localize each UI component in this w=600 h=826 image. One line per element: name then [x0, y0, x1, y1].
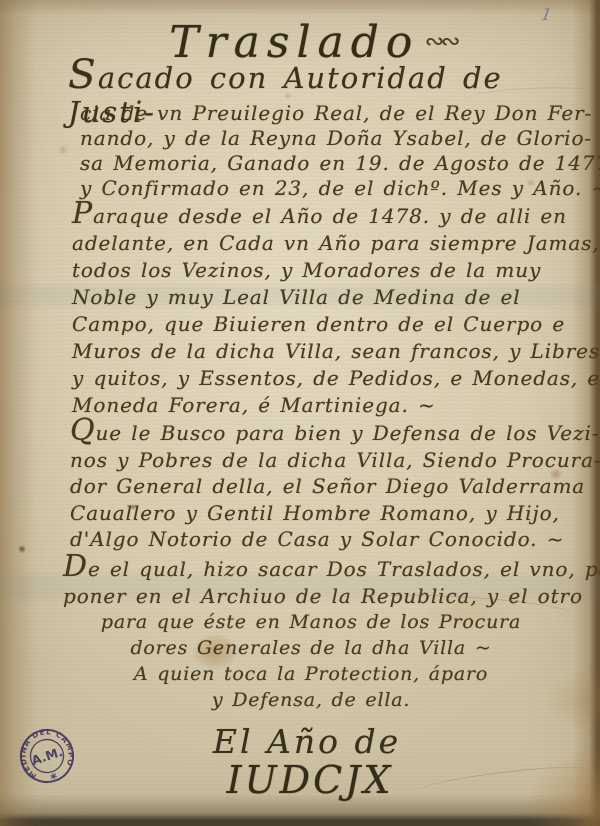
- closing-paragraph: para que éste en Manos de los Procura do…: [60, 609, 562, 713]
- manuscript-line: De el qual, hizo sacar Dos Traslados, el…: [63, 556, 600, 583]
- manuscript-line: y Defensa, de ella.: [60, 687, 562, 713]
- manuscript-line: adelante, en Cada vn Año para siempre Ja…: [72, 230, 600, 257]
- manuscript-line: d'Algo Notorio de Casa y Solar Conocido.…: [70, 526, 600, 553]
- intro-paragraph: cia de vn Preuilegio Real, de el Rey Don…: [80, 101, 600, 201]
- manuscript-line: Noble y muy Leal Villa de Medina de el: [72, 284, 600, 311]
- archive-stamp: MEDINA DEL CAMPO A.M. *: [12, 721, 82, 791]
- procurador-paragraph: Que le Busco para bien y Defensa de los …: [70, 420, 600, 553]
- manuscript-line: cia de vn Preuilegio Real, de el Rey Don…: [80, 101, 600, 126]
- manuscript-line: nos y Pobres de la dicha Villa, Siendo P…: [70, 447, 600, 474]
- manuscript-line: y quitos, y Essentos, de Pedidos, e Mone…: [72, 365, 600, 392]
- manuscript-line: sa Memoria, Ganado en 19. de Agosto de 1…: [80, 151, 600, 176]
- manuscript-line: dores Generales de la dha Villa ~: [60, 635, 562, 661]
- manuscript-line: dor General della, el Señor Diego Valder…: [70, 473, 600, 500]
- manuscript-line: Campo, que Biuieren dentro de el Cuerpo …: [72, 311, 600, 338]
- manuscript-page: 1 Traslado ∾∾ Sacado con Autoridad de Ju…: [0, 0, 600, 826]
- privilege-paragraph: Paraque desde el Año de 1478. y de alli …: [72, 203, 600, 419]
- manuscript-line: y Confirmado en 23, de el dichº. Mes y A…: [80, 176, 600, 201]
- manuscript-line: Que le Busco para bien y Defensa de los …: [70, 420, 600, 447]
- manuscript-line: Moneda Forera, é Martiniega. ~: [72, 392, 600, 419]
- manuscript-line: nando, y de la Reyna Doña Ysabel, de Glo…: [80, 126, 600, 151]
- flourish-ornament: ∾∾: [425, 27, 457, 55]
- manuscript-line: todos los Vezinos, y Moradores de la muy: [72, 257, 600, 284]
- manuscript-line: Cauallero y Gentil Hombre Romano, y Hijo…: [70, 500, 600, 527]
- manuscript-line: Paraque desde el Año de 1478. y de alli …: [72, 203, 600, 230]
- stamp-center-text: A.M.: [30, 744, 65, 768]
- year-label: El Año de: [0, 722, 600, 761]
- manuscript-line: Muros de la dicha Villa, sean francos, y…: [72, 338, 600, 365]
- manuscript-line: A quien toca la Protection, áparo: [60, 661, 562, 687]
